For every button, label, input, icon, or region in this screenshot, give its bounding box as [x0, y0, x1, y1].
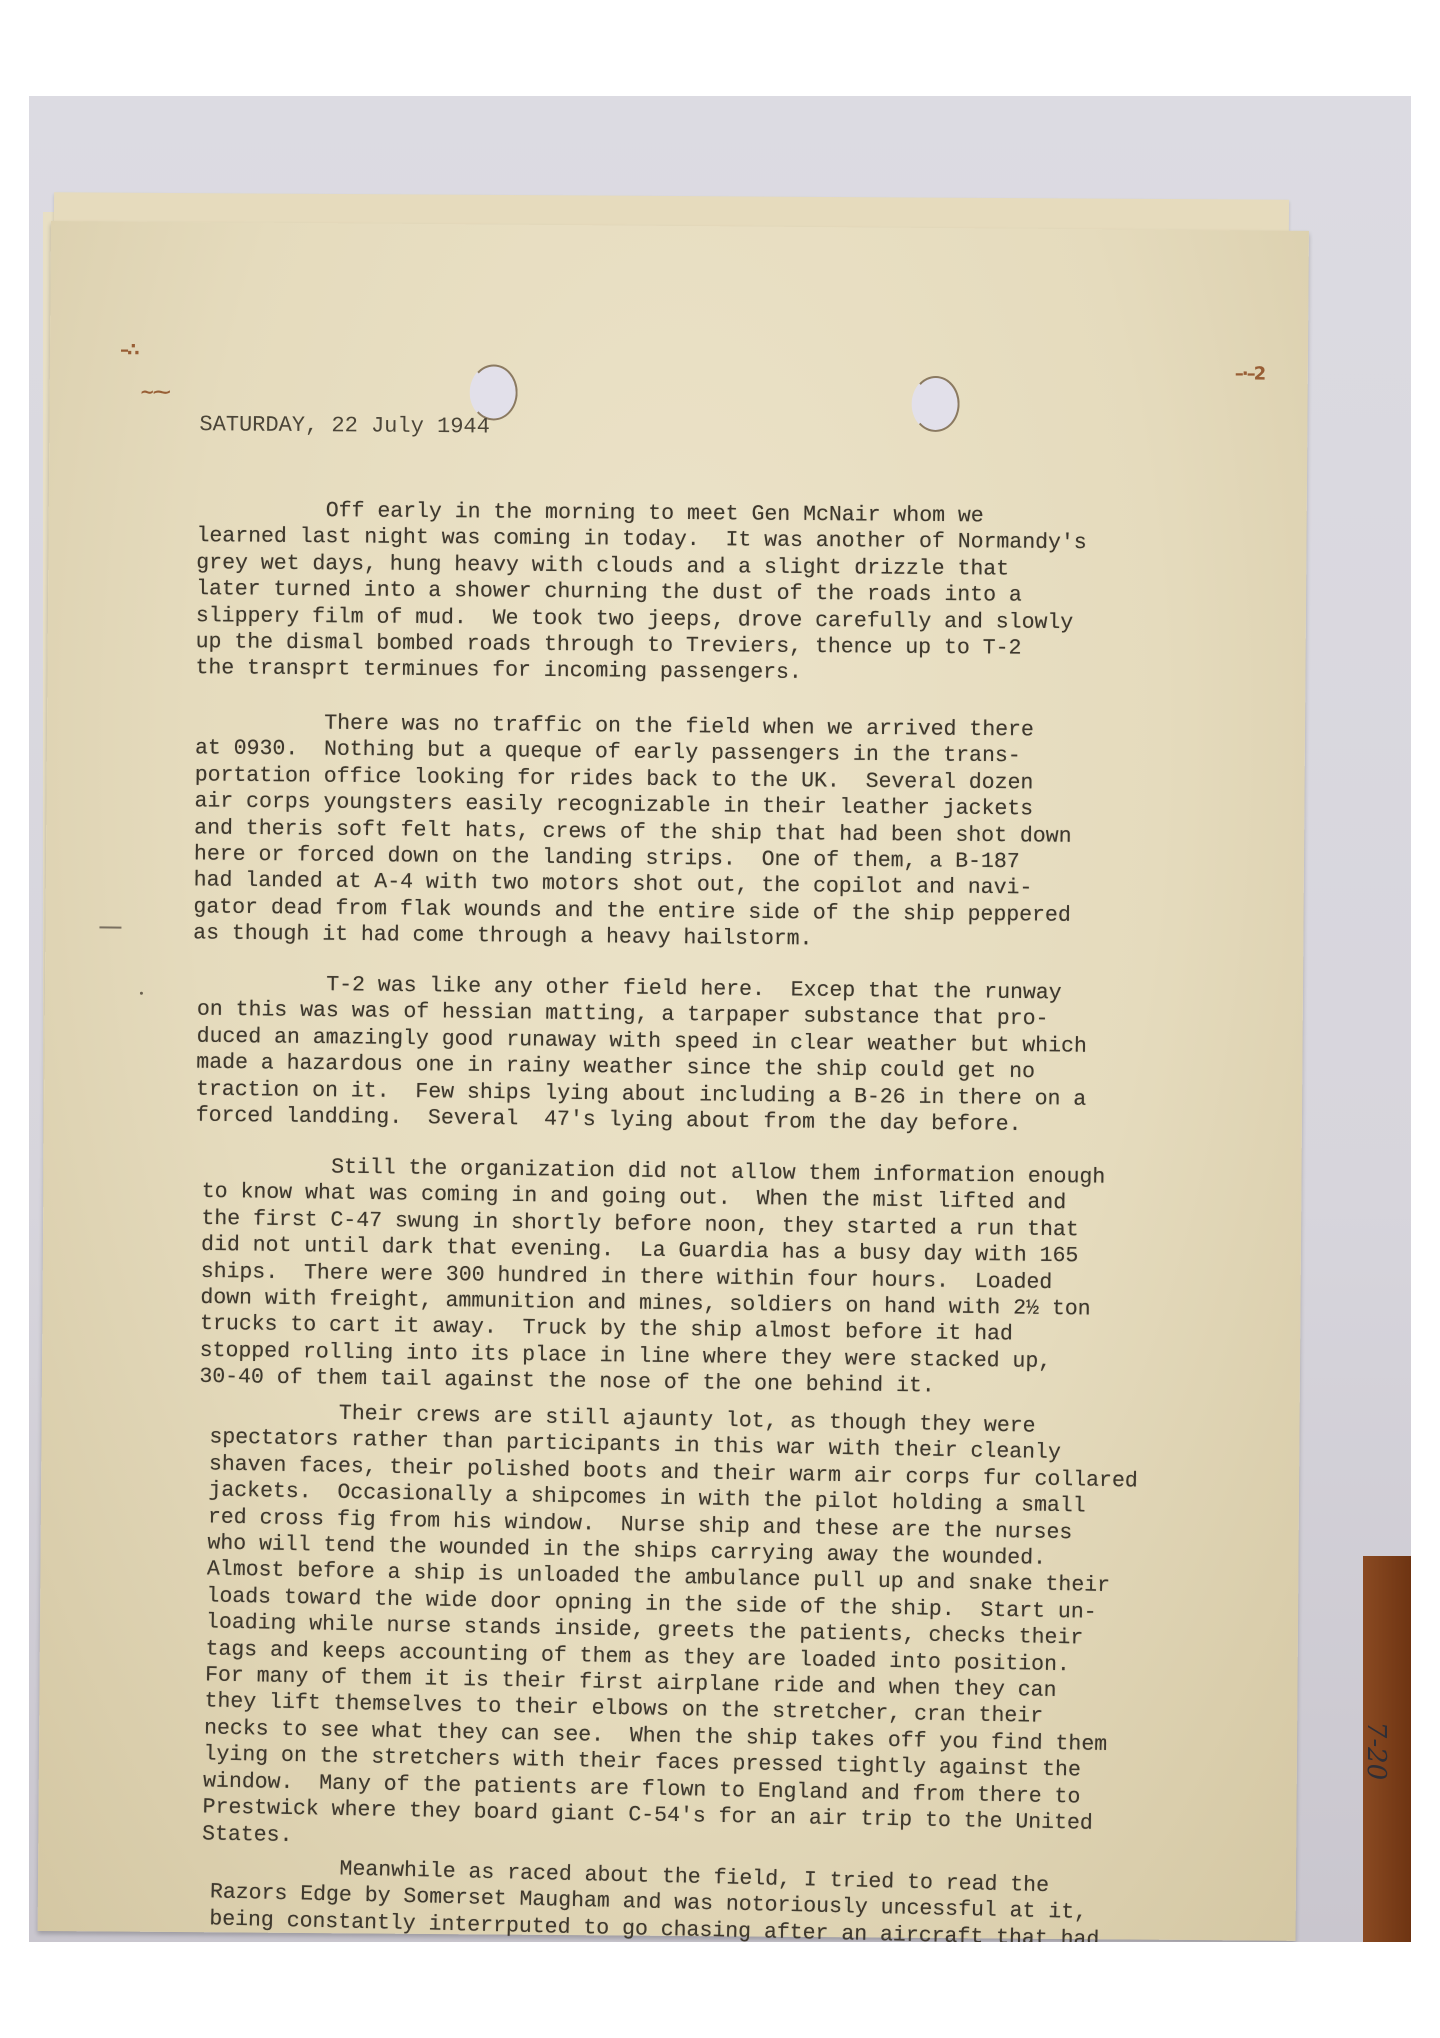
- page-number-mark: –·–2: [1235, 363, 1265, 384]
- punch-hole-right: [911, 376, 959, 432]
- rust-mark-top-left-second: ~⁓: [140, 382, 169, 403]
- handwritten-margin-note: 7-20: [1361, 1722, 1391, 1780]
- paragraph-5: Their crews are still ajaunty lot, as th…: [202, 1398, 1139, 1864]
- margin-tick-mark: [99, 926, 121, 928]
- paragraph-6: Meanwhile as raced about the field, I tr…: [209, 1853, 1101, 1942]
- punch-hole-left: [469, 364, 517, 420]
- paragraph-4: Still the organization did not allow the…: [199, 1153, 1105, 1402]
- paragraph-3: T-2 was like any other field here. Excep…: [196, 971, 1088, 1140]
- margin-dot-mark: [140, 992, 143, 995]
- paragraph-2: There was no traffic on the field when w…: [193, 709, 1073, 955]
- scan-photo-frame: –∴ ~⁓ –·–2 SATURDAY, 22 July 1944 Off ea…: [29, 96, 1411, 1942]
- paragraph-1: Off early in the morning to meet Gen McN…: [195, 497, 1087, 689]
- rust-mark-top-left: –∴: [120, 340, 138, 361]
- date-heading: SATURDAY, 22 July 1944: [199, 412, 490, 439]
- diary-page: –∴ ~⁓ –·–2 SATURDAY, 22 July 1944 Off ea…: [38, 221, 1309, 1941]
